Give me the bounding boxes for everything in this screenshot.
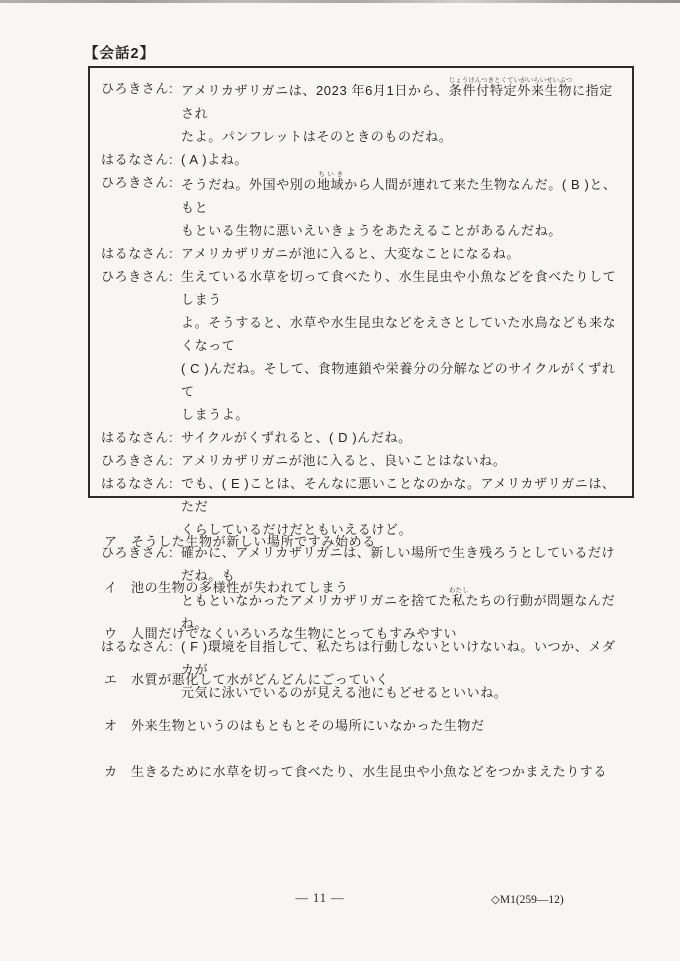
dialogue-utterance: はるなさん: サイクルがくずれると、( D )んだね。 — [101, 426, 624, 449]
dialogue-utterance: はるなさん: ( A )よね。 — [101, 148, 624, 171]
choice-a: ア そうした生物が新しい場所ですみ始める — [104, 530, 644, 553]
ruby-base: 地域 — [317, 177, 344, 192]
dialogue-text: ( A )よね。 — [181, 148, 624, 171]
answer-choices: ア そうした生物が新しい場所ですみ始める イ 池の生物の多様性が失われてしまう … — [104, 530, 644, 806]
scan-artifact-line — [0, 0, 680, 3]
dialogue-line: アメリカザリガニは、2023 年6月1日から、条件付特定外来生物じょうけんつきと… — [181, 77, 624, 125]
doc-code: ◇M1(259—12) — [491, 892, 564, 906]
document-page: 【会話2】 ひろきさん: アメリカザリガニは、2023 年6月1日から、条件付特… — [0, 0, 680, 961]
choice-text: 外来生物というのはもともとその場所にいなかった生物だ — [131, 714, 485, 737]
speaker-name: はるなさん: — [101, 242, 181, 265]
page-number: — 11 — — [250, 891, 390, 906]
dialogue-line: でも、( E )ことは、そんなに悪いことなのかな。アメリカザリガニは、ただ — [181, 472, 624, 518]
dialogue-line: そうだね。外国や別の地域ちいきから人間が連れて来た生物なんだ。( B )と、もと — [181, 171, 624, 219]
section-label: 【会話2】 — [84, 42, 155, 63]
choice-label: エ — [104, 668, 120, 691]
dialogue-line: サイクルがくずれると、( D )んだね。 — [181, 426, 624, 449]
dialogue-line: たよ。パンフレットはそのときのものだね。 — [181, 125, 624, 148]
dialogue-line: ( C )んだね。そして、食物連鎖や栄養分の分解などのサイクルがくずれて — [181, 357, 624, 403]
choice-text: 水質が悪化して水がどんどんにごっていく — [131, 668, 389, 691]
ruby-base: 条件付特定外来生物 — [449, 83, 572, 98]
choice-text: 人間だけでなくいろいろな生物にとってもすみやすい — [131, 622, 457, 645]
conversation-box: ひろきさん: アメリカザリガニは、2023 年6月1日から、条件付特定外来生物じ… — [88, 66, 634, 498]
dialogue-utterance: ひろきさん: アメリカザリガニが池に入ると、良いことはないね。 — [101, 449, 624, 472]
choice-ka: カ 生きるために水草を切って食べたり、水生昆虫や小魚などをつかまえたりする — [104, 760, 644, 783]
choice-label: オ — [104, 714, 120, 737]
choice-text: 池の生物の多様性が失われてしまう — [131, 576, 349, 599]
dialogue-text: アメリカザリガニが池に入ると、良いことはないね。 — [181, 449, 624, 472]
speaker-name: ひろきさん: — [101, 77, 181, 100]
choice-text: 生きるために水草を切って食べたり、水生昆虫や小魚などをつかまえたりする — [131, 760, 607, 783]
speaker-name: はるなさん: — [101, 472, 181, 495]
ruby-furigana: じょうけんつきとくていがいらいせいぶつ — [449, 77, 572, 84]
dialogue-line: しまうよ。 — [181, 403, 624, 426]
ruby-annotation: 条件付特定外来生物じょうけんつきとくていがいらいせいぶつ — [449, 83, 572, 98]
dialogue-utterance: ひろきさん: アメリカザリガニは、2023 年6月1日から、条件付特定外来生物じ… — [101, 77, 624, 148]
dialogue-line: アメリカザリガニが池に入ると、良いことはないね。 — [181, 449, 624, 472]
dialogue-text: アメリカザリガニが池に入ると、大変なことになるね。 — [181, 242, 624, 265]
ruby-annotation: 地域ちいき — [317, 177, 344, 192]
choice-i: イ 池の生物の多様性が失われてしまう — [104, 576, 644, 599]
dialogue-text-segment: そうだね。外国や別の — [181, 177, 317, 192]
choice-u: ウ 人間だけでなくいろいろな生物にとってもすみやすい — [104, 622, 644, 645]
dialogue-utterance: ひろきさん: そうだね。外国や別の地域ちいきから人間が連れて来た生物なんだ。( … — [101, 171, 624, 242]
dialogue-text: 生えている水草を切って食べたり、水生昆虫や小魚などを食べたりしてしまう よ。そう… — [181, 265, 624, 426]
dialogue-line: 生えている水草を切って食べたり、水生昆虫や小魚などを食べたりしてしまう — [181, 265, 624, 311]
dialogue-utterance: はるなさん: アメリカザリガニが池に入ると、大変なことになるね。 — [101, 242, 624, 265]
dialogue-line: ( A )よね。 — [181, 148, 624, 171]
dialogue-text-segment: アメリカザリガニは、2023 年6月1日から、 — [181, 83, 449, 98]
dialogue-text: アメリカザリガニは、2023 年6月1日から、条件付特定外来生物じょうけんつきと… — [181, 77, 624, 148]
ruby-furigana: ちいき — [317, 171, 344, 178]
dialogue-line: アメリカザリガニが池に入ると、大変なことになるね。 — [181, 242, 624, 265]
dialogue-text: サイクルがくずれると、( D )んだね。 — [181, 426, 624, 449]
dialogue-utterance: ひろきさん: 生えている水草を切って食べたり、水生昆虫や小魚などを食べたりしてし… — [101, 265, 624, 426]
choice-label: ア — [104, 530, 120, 553]
choice-text: そうした生物が新しい場所ですみ始める — [131, 530, 376, 553]
speaker-name: ひろきさん: — [101, 171, 181, 194]
choice-label: イ — [104, 576, 120, 599]
speaker-name: ひろきさん: — [101, 265, 181, 288]
speaker-name: はるなさん: — [101, 426, 181, 449]
choice-o: オ 外来生物というのはもともとその場所にいなかった生物だ — [104, 714, 644, 737]
choice-label: ウ — [104, 622, 120, 645]
dialogue-text: そうだね。外国や別の地域ちいきから人間が連れて来た生物なんだ。( B )と、もと… — [181, 171, 624, 242]
speaker-name: ひろきさん: — [101, 449, 181, 472]
speaker-name: はるなさん: — [101, 148, 181, 171]
choice-label: カ — [104, 760, 120, 783]
dialogue-line: もといる生物に悪いえいきょうをあたえることがあるんだね。 — [181, 219, 624, 242]
choice-e: エ 水質が悪化して水がどんどんにごっていく — [104, 668, 644, 691]
dialogue-line: よ。そうすると、水草や水生昆虫などをえさとしていた水鳥なども来なくなって — [181, 311, 624, 357]
